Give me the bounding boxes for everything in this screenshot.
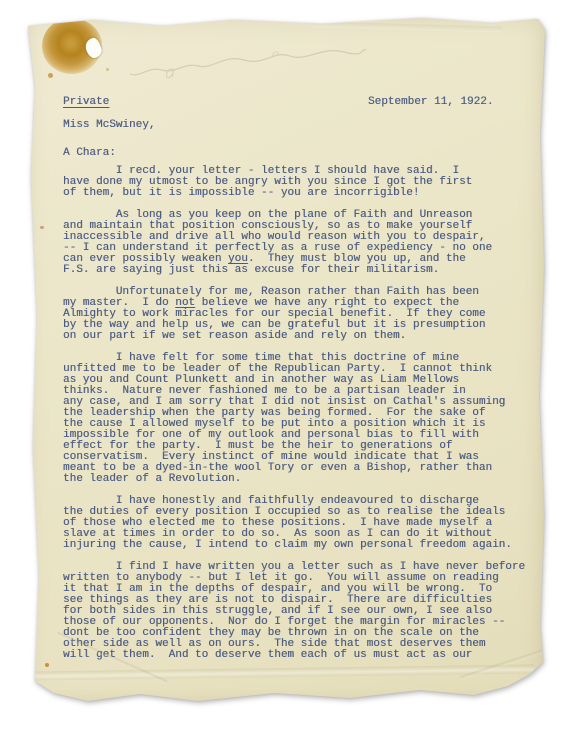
recipient-name: Miss McSwiney, (63, 120, 155, 131)
stain-speck (48, 73, 53, 78)
letter-paragraph: Unfortunately for me, Reason rather than… (63, 287, 539, 342)
letter-date: September 11, 1922. (368, 97, 493, 108)
letter-paragraph: I have honestly and faithfully endeavour… (63, 496, 539, 551)
letter-body: I recd. your letter - letters I should h… (63, 166, 539, 661)
letter-paragraph: I have felt for some time that this doct… (63, 353, 539, 485)
private-label: Private (63, 97, 109, 108)
stain-speck (45, 663, 49, 667)
letter-paragraph: As long as you keep on the plane of Fait… (63, 210, 539, 276)
pencil-inscription (122, 40, 372, 86)
burn-hole (84, 36, 103, 59)
letter-paragraph: I recd. your letter - letters I should h… (63, 166, 539, 199)
letter-paper: Private September 11, 1922. Miss McSwine… (22, 16, 546, 712)
salutation: A Chara: (63, 148, 116, 159)
scan-background: Private September 11, 1922. Miss McSwine… (0, 0, 569, 732)
paper-shadow-wrap: Private September 11, 1922. Miss McSwine… (22, 16, 546, 712)
fold-crease (32, 664, 534, 680)
ink-stain (42, 18, 102, 74)
stain-speck (40, 226, 44, 229)
letter-paragraph: I find I have written you a letter such … (63, 562, 539, 661)
stain-speck (106, 68, 109, 71)
top-crease (312, 22, 502, 33)
